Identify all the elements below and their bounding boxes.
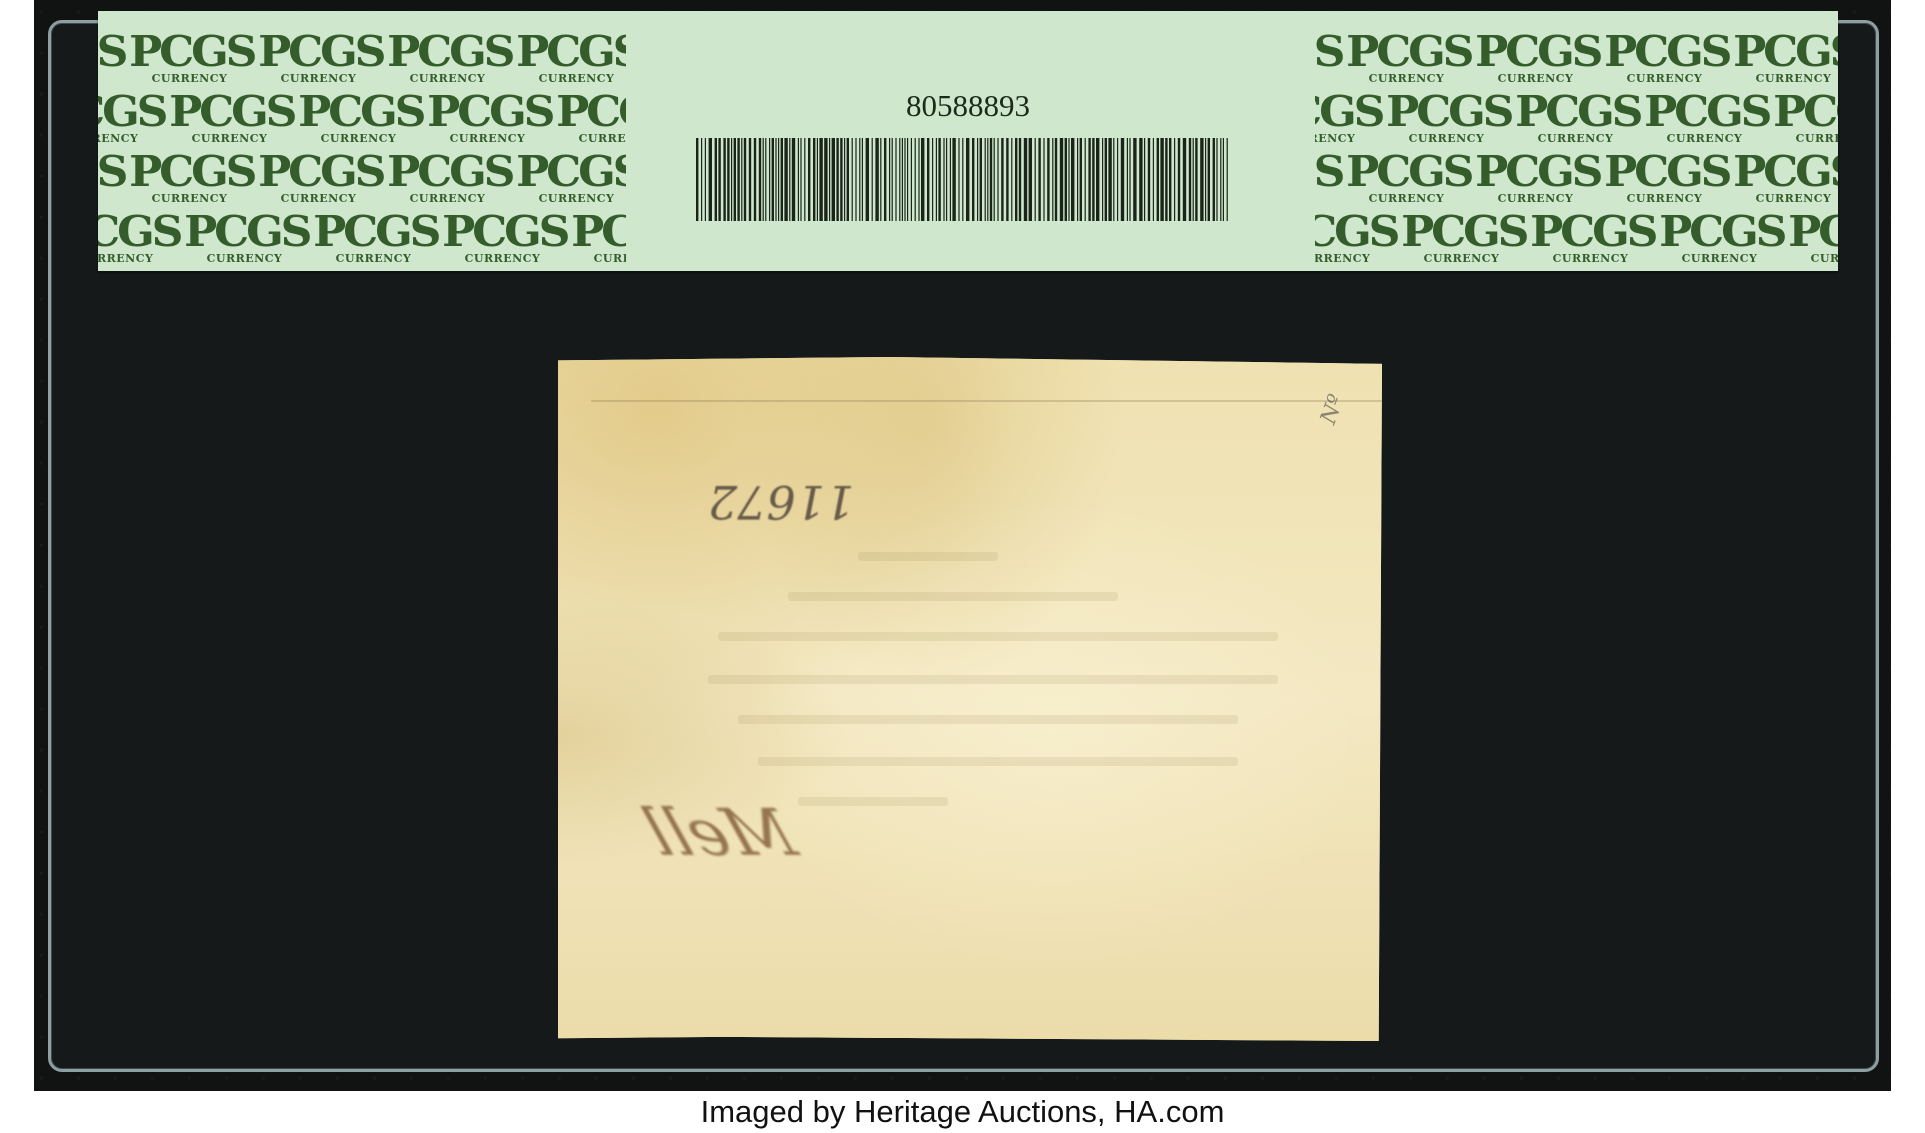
pcgs-currency-logo: PCGSCURRENCY <box>1736 31 1838 85</box>
pcgs-currency-logo: PCGSCURRENCY <box>261 31 376 85</box>
logo-row: PCGSCURRENCYPCGSCURRENCYPCGSCURRENCYPCGS… <box>1315 91 1838 151</box>
pcgs-currency-logo: PCGSCURRENCY <box>1389 91 1504 145</box>
image-credit-caption: Imaged by Heritage Auctions, HA.com <box>0 1094 1925 1130</box>
pcgs-currency-logo: PCGSCURRENCY <box>1662 211 1777 265</box>
bleed-through-signature: Mell <box>635 797 806 871</box>
bleed-through-text <box>788 592 1118 601</box>
pcgs-currency-logo: PCGSCURRENCY <box>98 151 118 205</box>
bleed-through-text <box>708 675 1278 684</box>
pcgs-currency-logo: PCGSCURRENCY <box>1478 151 1593 205</box>
pcgs-currency-logo: PCGSCURRENCY <box>519 151 626 205</box>
bleed-through-text <box>718 632 1278 641</box>
pcgs-currency-logo: PCGSCURRENCY <box>430 91 545 145</box>
pcgs-currency-logo: PCGSCURRENCY <box>1315 31 1335 85</box>
pcgs-currency-logo: PCGSCURRENCY <box>390 151 505 205</box>
pcgs-currency-logo: PCGSCURRENCY <box>559 91 626 145</box>
bleed-through-text <box>858 552 998 561</box>
currency-note-reverse: 11672 Mell Nº <box>558 357 1382 1041</box>
pcgs-currency-logo: PCGSCURRENCY <box>1736 151 1838 205</box>
pcgs-currency-logo: PCGSCURRENCY <box>187 211 302 265</box>
pcgs-currency-logo: PCGSCURRENCY <box>1315 91 1375 145</box>
pcgs-currency-logo: PCGSCURRENCY <box>1315 151 1335 205</box>
pcgs-logo-pattern-right: PCGSCURRENCYPCGSCURRENCYPCGSCURRENCYPCGS… <box>1315 11 1838 271</box>
pcgs-logo-pattern-left: PCGSCURRENCYPCGSCURRENCYPCGSCURRENCYPCGS… <box>98 11 626 271</box>
pcgs-currency-logo: PCGSCURRENCY <box>261 151 376 205</box>
bleed-through-text <box>738 715 1238 724</box>
pcgs-currency-logo: PCGSCURRENCY <box>1607 151 1722 205</box>
logo-row: PCGSCURRENCYPCGSCURRENCYPCGSCURRENCYPCGS… <box>98 31 626 91</box>
pcgs-currency-logo: PCGSCURRENCY <box>172 91 287 145</box>
bleed-through-text <box>758 757 1238 766</box>
pcgs-label: PCGSCURRENCYPCGSCURRENCYPCGSCURRENCYPCGS… <box>98 11 1838 271</box>
pcgs-currency-logo: PCGSCURRENCY <box>1791 211 1838 265</box>
pcgs-currency-logo: PCGSCURRENCY <box>1776 91 1838 145</box>
logo-row: PCGSCURRENCYPCGSCURRENCYPCGSCURRENCYPCGS… <box>98 151 626 211</box>
pcgs-currency-logo: PCGSCURRENCY <box>98 91 158 145</box>
pcgs-currency-logo: PCGSCURRENCY <box>1607 31 1722 85</box>
pcgs-currency-logo: PCGSCURRENCY <box>1404 211 1519 265</box>
pcgs-currency-logo: PCGSCURRENCY <box>98 31 118 85</box>
pcgs-currency-logo: PCGSCURRENCY <box>1533 211 1648 265</box>
pcgs-currency-logo: PCGSCURRENCY <box>390 31 505 85</box>
bleed-through-text <box>798 797 948 806</box>
pcgs-currency-logo: PCGSCURRENCY <box>316 211 431 265</box>
pcgs-currency-logo: PCGSCURRENCY <box>132 31 247 85</box>
pencil-mark: Nº <box>1316 391 1350 427</box>
pcgs-currency-logo: PCGSCURRENCY <box>445 211 560 265</box>
logo-row: PCGSCURRENCYPCGSCURRENCYPCGSCURRENCYPCGS… <box>98 91 626 151</box>
pcgs-currency-logo: PCGSCURRENCY <box>1315 211 1390 265</box>
handwritten-number: 11672 <box>708 475 854 529</box>
pcgs-currency-logo: PCGSCURRENCY <box>1349 151 1464 205</box>
logo-row: PCGSCURRENCYPCGSCURRENCYPCGSCURRENCYPCGS… <box>1315 211 1838 271</box>
logo-row: PCGSCURRENCYPCGSCURRENCYPCGSCURRENCYPCGS… <box>1315 151 1838 211</box>
pcgs-currency-logo: PCGSCURRENCY <box>1518 91 1633 145</box>
pcgs-currency-logo: PCGSCURRENCY <box>1478 31 1593 85</box>
pcgs-currency-logo: PCGSCURRENCY <box>132 151 247 205</box>
pcgs-currency-logo: PCGSCURRENCY <box>1349 31 1464 85</box>
logo-row: PCGSCURRENCYPCGSCURRENCYPCGSCURRENCYPCGS… <box>1315 31 1838 91</box>
pcgs-currency-logo: PCGSCURRENCY <box>574 211 626 265</box>
pcgs-currency-logo: PCGSCURRENCY <box>519 31 626 85</box>
pcgs-currency-logo: PCGSCURRENCY <box>301 91 416 145</box>
pcgs-currency-logo: PCGSCURRENCY <box>1647 91 1762 145</box>
pcgs-currency-logo: PCGSCURRENCY <box>98 211 173 265</box>
fold-line <box>591 400 1382 402</box>
logo-row: PCGSCURRENCYPCGSCURRENCYPCGSCURRENCYPCGS… <box>98 211 626 271</box>
barcode <box>694 138 1234 221</box>
